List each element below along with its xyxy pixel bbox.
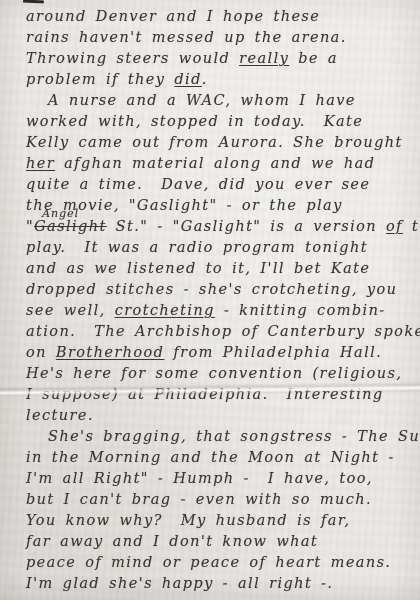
letter-line: A nurse and a WAC, whom I have xyxy=(0,91,420,112)
underlined-word: did xyxy=(174,72,201,88)
text-segment: I'm glad she's happy - all right -. xyxy=(26,576,333,592)
text-segment: play. It was a radio program tonight xyxy=(26,240,368,256)
letter-line: around Denver and I hope these xyxy=(0,7,420,28)
text-segment: peace of mind or peace of heart means. xyxy=(26,555,391,571)
text-segment: see well, xyxy=(26,303,115,319)
letter-line: her afghan material along and we had xyxy=(0,154,420,175)
underlined-word: crotcheting xyxy=(115,303,215,319)
letter-page: around Denver and I hope theserains have… xyxy=(0,0,420,600)
text-segment: quite a time. Dave, did you ever see xyxy=(26,177,370,193)
text-segment: worked with, stopped in today. Kate xyxy=(26,114,363,130)
text-segment: - knitting combin- xyxy=(215,303,386,319)
letter-line: I'm all Right" - Humph - I have, too, xyxy=(0,469,420,490)
handwritten-correction: AngelGaslight xyxy=(34,219,107,235)
text-segment: on xyxy=(26,345,56,361)
text-segment: Throwing steers would xyxy=(26,51,239,67)
text-segment: dropped stitches - she's crotcheting, yo… xyxy=(26,282,397,298)
text-segment: lecture. xyxy=(26,408,94,424)
text-segment: I suppose) at Philadelphia. Interesting xyxy=(26,387,384,403)
text-segment: around Denver and I hope these xyxy=(26,9,320,25)
letter-line: She's bragging, that songstress - The Su… xyxy=(0,427,420,448)
letter-line: ation. The Archbishop of Canterbury spok… xyxy=(0,322,420,343)
text-segment: afghan material along and we had xyxy=(55,156,375,172)
letter-line: problem if they did. xyxy=(0,70,420,91)
letter-line: Kelly came out from Aurora. She brought xyxy=(0,133,420,154)
letter-line: I suppose) at Philadelphia. Interesting xyxy=(0,385,420,406)
text-segment: . xyxy=(202,72,208,88)
text-segment: He's here for some convention (religious… xyxy=(26,366,402,382)
letter-line: quite a time. Dave, did you ever see xyxy=(0,175,420,196)
letter-line: see well, crotcheting - knitting combin- xyxy=(0,301,420,322)
text-segment: She's bragging, that songstress - The Su… xyxy=(48,429,420,445)
letter-line: I'm glad she's happy - all right -. xyxy=(0,574,420,595)
letter-line: in the Morning and the Moon at Night - xyxy=(0,448,420,469)
letter-line: play. It was a radio program tonight xyxy=(0,238,420,259)
letter-line: "AngelGaslight St." - "Gaslight" is a ve… xyxy=(0,217,420,238)
text-segment: You know why? My husband is far, xyxy=(26,513,351,529)
struck-out-word: Gaslight xyxy=(34,219,107,235)
text-segment: the xyxy=(403,219,420,235)
text-segment: and as we listened to it, I'll bet Kate xyxy=(26,261,370,277)
letter-line: lecture. xyxy=(0,406,420,427)
letter-line: worked with, stopped in today. Kate xyxy=(0,112,420,133)
text-segment: but I can't brag - even with so much. xyxy=(26,492,372,508)
letter-line: and as we listened to it, I'll bet Kate xyxy=(0,259,420,280)
letter-line: You know why? My husband is far, xyxy=(0,511,420,532)
text-segment: problem if they xyxy=(26,72,174,88)
text-segment: far away and I don't know what xyxy=(26,534,318,550)
letter-line: on Brotherhood from Philadelphia Hall. xyxy=(0,343,420,364)
text-segment: " xyxy=(26,219,34,235)
text-segment: ation. The Archbishop of Canterbury spok… xyxy=(26,324,420,340)
letter-lines: around Denver and I hope theserains have… xyxy=(0,7,420,595)
letter-line: peace of mind or peace of heart means. xyxy=(0,553,420,574)
text-segment: A nurse and a WAC, whom I have xyxy=(48,93,356,109)
text-segment: in the Morning and the Moon at Night - xyxy=(26,450,395,466)
letter-line: far away and I don't know what xyxy=(0,532,420,553)
inserted-word-above: Angel xyxy=(42,208,79,219)
underlined-word: her xyxy=(26,156,55,172)
text-segment: rains haven't messed up the arena. xyxy=(26,30,347,46)
letter-line: dropped stitches - she's crotcheting, yo… xyxy=(0,280,420,301)
underlined-word: of xyxy=(386,219,403,235)
text-segment: I'm all Right" - Humph - I have, too, xyxy=(26,471,373,487)
text-segment: be a xyxy=(289,51,338,67)
text-segment: Kelly came out from Aurora. She brought xyxy=(26,135,403,151)
letter-line: but I can't brag - even with so much. xyxy=(0,490,420,511)
text-segment: St." - "Gaslight" is a version xyxy=(107,219,386,235)
letter-line: rains haven't messed up the arena. xyxy=(0,28,420,49)
underlined-word: Brotherhood xyxy=(56,345,164,361)
underlined-word: really xyxy=(239,51,289,67)
letter-line: He's here for some convention (religious… xyxy=(0,364,420,385)
letter-line: Throwing steers would really be a xyxy=(0,49,420,70)
text-segment: from Philadelphia Hall. xyxy=(164,345,382,361)
ink-smudge-mark xyxy=(23,0,44,3)
